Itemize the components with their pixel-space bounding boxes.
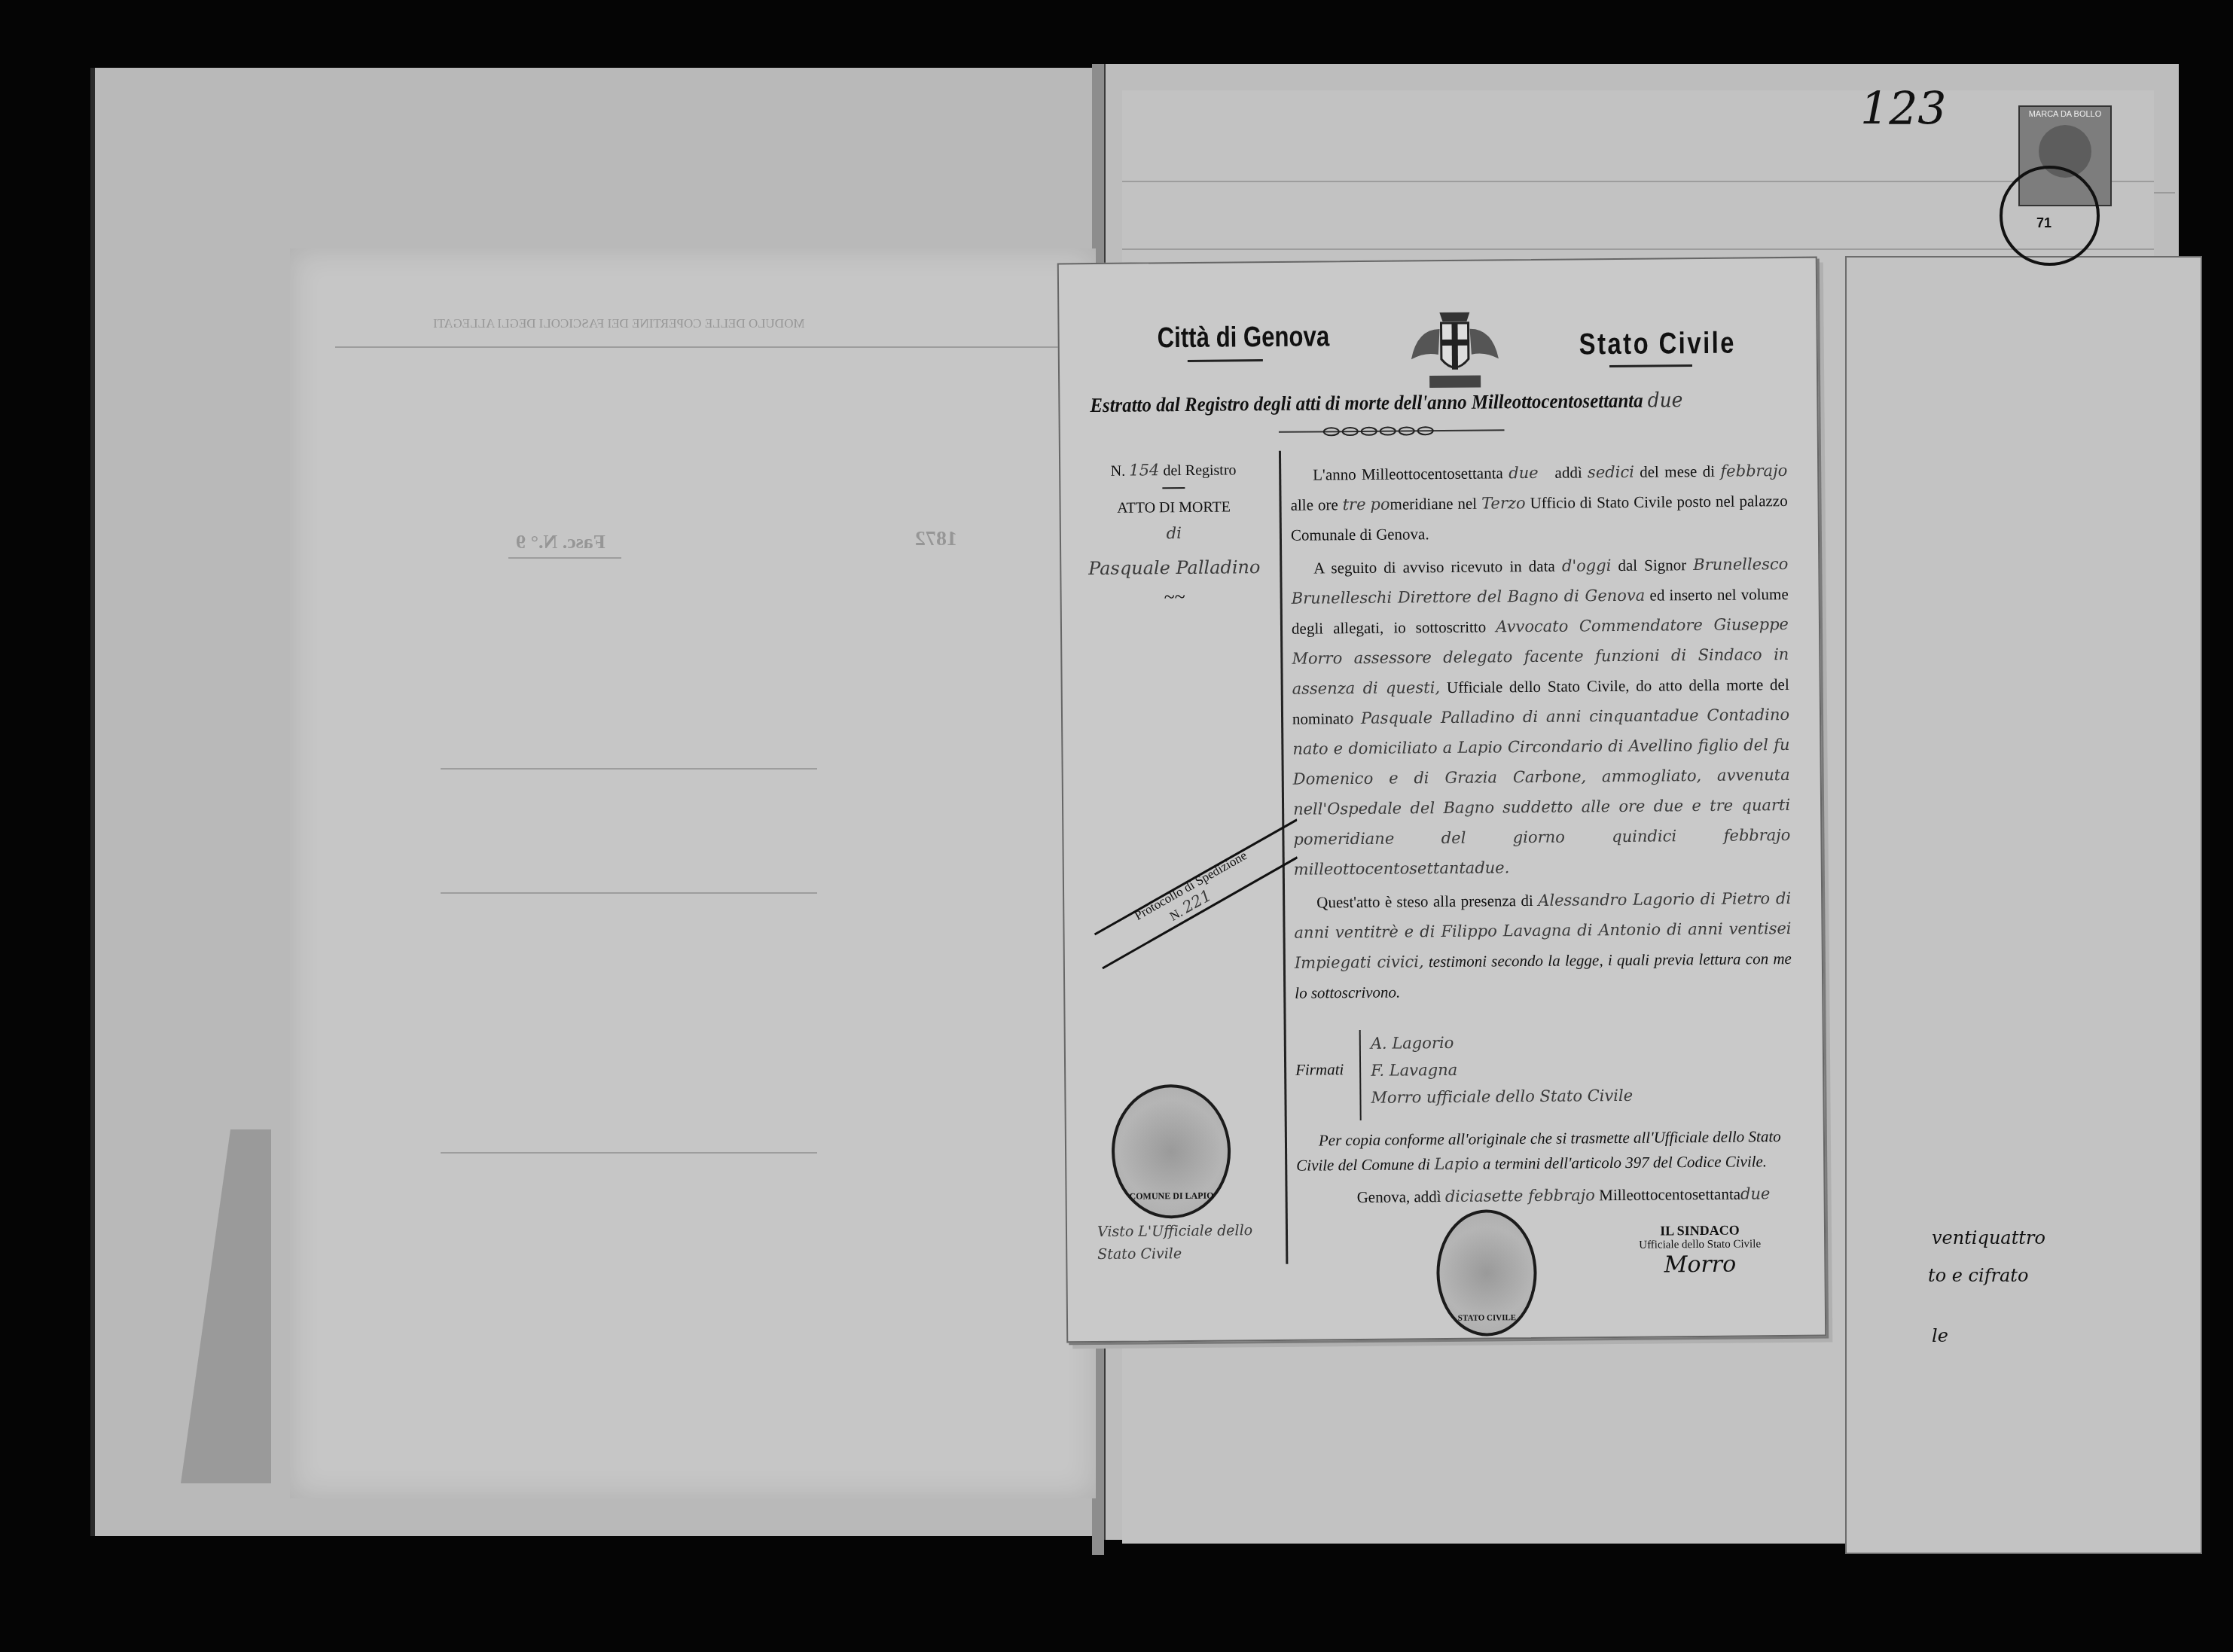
- transmission-clause: Per copia conforme all'originale che si …: [1296, 1124, 1794, 1211]
- hw-death-details: Pasquale Palladino di anni cinquantadue …: [1292, 706, 1790, 879]
- text: A seguito di avviso ricevuto in data: [1313, 557, 1555, 578]
- hw-hour-suffix: po: [1370, 495, 1390, 514]
- text: addì: [1554, 463, 1582, 481]
- revenue-stamp-label: MARCA DA BOLLO: [2020, 110, 2110, 119]
- register-number: 154: [1129, 461, 1159, 479]
- deceased-name: Pasquale Palladino: [1076, 556, 1272, 579]
- death-certificate: Città di Genova Stato Civile Estratto da…: [1057, 257, 1826, 1343]
- hw-month: febbrajo: [1720, 462, 1787, 480]
- postmark: 71: [2000, 166, 2100, 266]
- firmati-label: Firmati: [1295, 1060, 1344, 1080]
- text: Signor: [1644, 556, 1686, 574]
- hw-date: diciasette febbrajo: [1445, 1186, 1595, 1205]
- text: nel: [1457, 495, 1477, 513]
- certificate-body: L'anno Milleottocentosettanta due addì s…: [1290, 456, 1792, 1011]
- left-filing-page: MODULO DELLE COPERTINE DEI FASCICOLI DEG…: [290, 248, 1096, 1498]
- seal-text: COMUNE DI LAPIO: [1115, 1190, 1228, 1202]
- hw-year: due: [1740, 1184, 1771, 1202]
- flourish-icon: ~~: [1077, 585, 1273, 609]
- seal-text: STATO CIVILE: [1440, 1313, 1534, 1323]
- hw-suffix: o: [1344, 709, 1354, 727]
- text: Ufficio di Stato Civile posto nel palazz…: [1291, 492, 1788, 544]
- text: nominat: [1292, 709, 1344, 728]
- subtitle-printed: Estratto dal Registro degli atti di mort…: [1090, 389, 1643, 416]
- text: dal: [1618, 556, 1637, 575]
- register-entry-column: N. 154 del Registro ATTO DI MORTE di Pas…: [1075, 460, 1273, 617]
- certificate-subtitle: Estratto dal Registro degli atti di mort…: [1090, 389, 1682, 417]
- text: Milleottocentosettanta: [1599, 1185, 1740, 1205]
- city-title: Città di Genova: [1157, 321, 1329, 355]
- visto-margin-note: Visto L'Ufficiale dello Stato Civile: [1097, 1219, 1271, 1266]
- hw-day: sedici: [1588, 463, 1634, 482]
- text: di: [1703, 462, 1716, 480]
- margin-handwriting: ventiquattro: [1932, 1227, 2045, 1248]
- bleed-through-fasc: Fasc. N.° 9: [516, 531, 606, 553]
- text: alle ore: [1290, 495, 1338, 514]
- ornament-divider: [1279, 425, 1505, 437]
- text: del mese: [1640, 462, 1697, 481]
- text: meridiane: [1390, 495, 1453, 514]
- signature-lagorio: A. Lagorio: [1371, 1028, 1633, 1057]
- postmark-year: 71: [2036, 215, 2051, 231]
- scan-background: [0, 1559, 2233, 1652]
- margin-handwriting: to e cifrato: [1928, 1265, 2028, 1286]
- act-type: ATTO DI MORTE: [1076, 498, 1272, 517]
- sindaco-signature: Morro: [1587, 1251, 1813, 1279]
- sindaco-title: IL SINDACO: [1587, 1222, 1813, 1240]
- number-label: N.: [1111, 463, 1126, 480]
- text: a termini dell'articolo 397 del Codice C…: [1483, 1152, 1767, 1172]
- hw-office: Terzo: [1481, 494, 1526, 513]
- margin-handwriting: le: [1932, 1325, 1948, 1346]
- signature-lavagna: F. Lavagna: [1371, 1055, 1633, 1084]
- hw-date: d'oggi: [1562, 556, 1612, 575]
- stato-civile-seal: STATO CIVILE: [1436, 1209, 1537, 1337]
- bleed-through-header: MODULO DELLE COPERTINE DEI FASCICOLI DEG…: [433, 316, 805, 331]
- hw-hour: tre: [1343, 495, 1366, 514]
- genoa-coat-of-arms-icon: [1402, 306, 1508, 397]
- folio-number: 123: [1860, 83, 1947, 136]
- protocol-stamp: Protocollo di Spedizione N. 221: [1086, 805, 1298, 972]
- hw-year: due: [1508, 464, 1539, 482]
- bleed-through-year: 1872: [915, 527, 957, 551]
- sindaco-signature-block: IL SINDACO Ufficiale dello Stato Civile …: [1587, 1222, 1814, 1279]
- office-title: Stato Civile: [1579, 327, 1737, 362]
- text: Quest'atto è steso alla presenza di: [1316, 892, 1533, 912]
- registro-label: del Registro: [1163, 462, 1236, 479]
- hw-comune: Lapio: [1434, 1155, 1478, 1174]
- di-label: di: [1076, 523, 1272, 543]
- text: Ufficiale dello Stato Civile, do atto de…: [1447, 675, 1789, 696]
- underlying-sheet-edge: [1845, 256, 2202, 1554]
- text: Genova, addì: [1356, 1187, 1441, 1206]
- subtitle-handwritten-year: due: [1648, 389, 1683, 412]
- text: L'anno Milleottocentosettanta: [1313, 464, 1503, 483]
- signature-morro: Morro ufficiale dello Stato Civile: [1371, 1082, 1633, 1111]
- signatures-block: Firmati A. Lagorio F. Lavagna Morro uffi…: [1295, 1026, 1747, 1030]
- comune-seal: COMUNE DI LAPIO: [1111, 1084, 1231, 1218]
